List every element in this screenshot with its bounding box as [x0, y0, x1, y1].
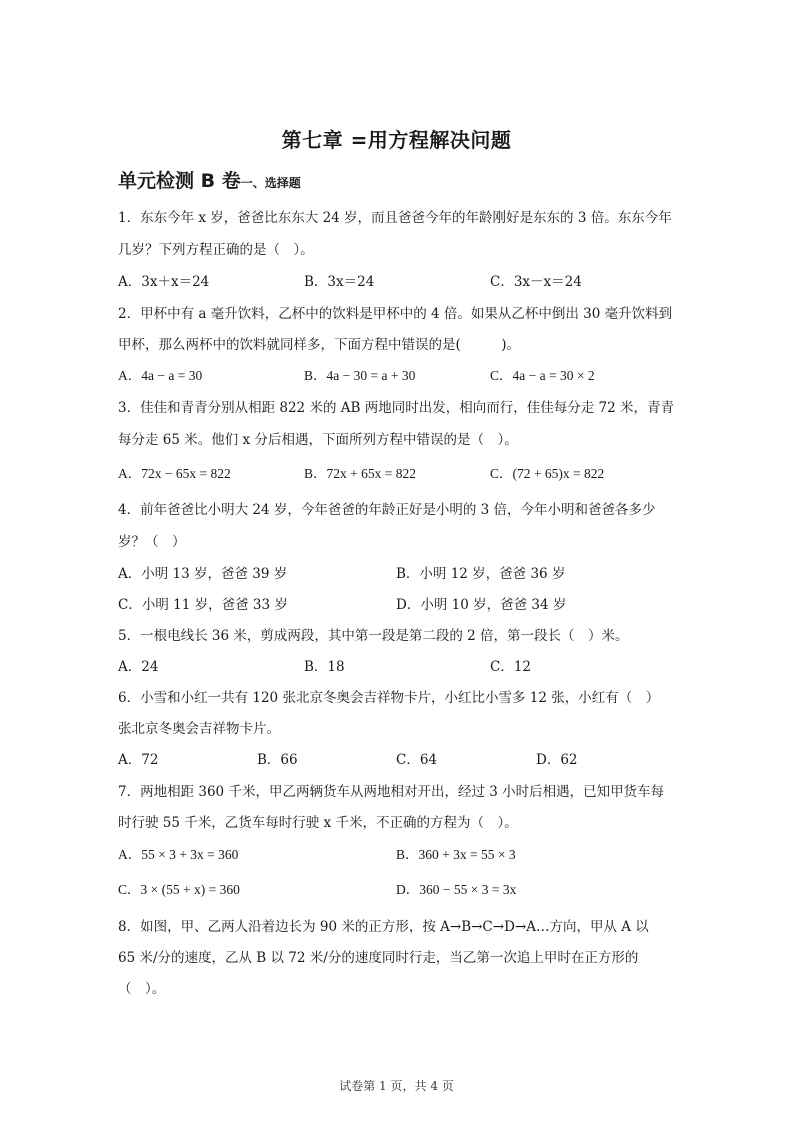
question-4-option-a: A．小明 13 岁，爸爸 39 岁: [118, 562, 287, 582]
question-3-line-2: 每分走 65 米。他们 x 分后相遇，下面所列方程中错误的是（ ）。: [118, 428, 518, 448]
question-1-option-b: B．3x＝24: [304, 270, 374, 290]
question-2-option-b: B．4a − 30 = a + 30: [304, 364, 415, 384]
question-6-option-c: C．64: [396, 748, 437, 768]
question-4-line-2: 岁？（ ）: [118, 530, 186, 550]
question-4-option-d: D．小明 10 岁，爸爸 34 岁: [396, 593, 566, 613]
page-footer: 试卷第 1 页，共 4 页: [0, 1077, 793, 1094]
question-5-option-a: A．24: [118, 655, 158, 675]
question-5-option-c: C．12: [490, 655, 531, 675]
question-7-option-c: C．3 × (55 + x) = 360: [118, 878, 240, 898]
question-6-option-b: B．66: [257, 748, 298, 768]
question-2-line-2: 甲杯，那么两杯中的饮料就同样多，下面方程中错误的是( )。: [118, 333, 520, 353]
question-4-option-c: C．小明 11 岁，爸爸 33 岁: [118, 593, 288, 613]
question-3-option-c: C．(72 + 65)x = 822: [490, 462, 604, 482]
question-7-line-1: 7．两地相距 360 千米，甲乙两辆货车从两地相对开出，经过 3 小时后相遇，已…: [118, 780, 664, 800]
question-7-option-b: B．360 + 3x = 55 × 3: [396, 843, 516, 863]
question-1-line-1: 1．东东今年 x 岁，爸爸比东东大 24 岁，而且爸爸今年的年龄刚好是东东的 3…: [118, 206, 672, 226]
question-2-option-c: C．4a − a = 30 × 2: [490, 364, 595, 384]
page-title: 第七章 =用方程解决问题: [0, 124, 793, 153]
question-4-option-b: B．小明 12 岁，爸爸 36 岁: [396, 562, 565, 582]
question-3-option-b: B．72x + 65x = 822: [304, 462, 416, 482]
question-2-line-1: 2．甲杯中有 a 毫升饮料，乙杯中的饮料是甲杯中的 4 倍。如果从乙杯中倒出 3…: [118, 302, 672, 322]
section-name: 一、选择题: [241, 176, 301, 190]
question-1-line-2: 几岁？下列方程正确的是（ ）。: [118, 238, 314, 258]
question-7-option-d: D．360 − 55 × 3 = 3x: [396, 878, 516, 898]
question-2-option-a: A．4a − a = 30: [118, 364, 202, 384]
question-5-line-1: 5．一根电线长 36 米，剪成两段，其中第一段是第二段的 2 倍，第一段长（ ）…: [118, 624, 629, 644]
question-1-option-a: A．3x＋x＝24: [118, 270, 209, 290]
question-6-line-1: 6．小雪和小红一共有 120 张北京冬奥会吉祥物卡片，小红比小雪多 12 张，小…: [118, 686, 659, 706]
question-6-option-d: D．62: [536, 748, 578, 768]
question-3-line-1: 3．佳佳和青青分别从相距 822 米的 AB 两地同时出发，相向而行，佳佳每分走…: [118, 396, 674, 416]
question-7-line-2: 时行驶 55 千米，乙货车每时行驶 x 千米，不正确的方程为（ ）。: [118, 811, 518, 831]
question-3-option-a: A．72x − 65x = 822: [118, 462, 231, 482]
question-8-line-1: 8．如图，甲、乙两人沿着边长为 90 米的正方形，按 A→B→C→D→A…方向，…: [118, 915, 649, 935]
question-8-line-3: （ ）。: [118, 977, 165, 997]
question-8-line-2: 65 米/分的速度，乙从 B 以 72 米/分的速度同时行走，当乙第一次追上甲时…: [118, 946, 638, 966]
question-6-option-a: A．72: [118, 748, 158, 768]
exam-name: 单元检测 B 卷: [118, 170, 241, 192]
section-heading: 单元检测 B 卷一、选择题: [118, 166, 301, 193]
question-1-option-c: C．3x－x＝24: [490, 270, 582, 290]
question-6-line-2: 张北京冬奥会吉祥物卡片。: [118, 717, 280, 737]
question-5-option-b: B．18: [304, 655, 345, 675]
question-4-line-1: 4．前年爸爸比小明大 24 岁，今年爸爸的年龄正好是小明的 3 倍，今年小明和爸…: [118, 498, 656, 518]
question-7-option-a: A．55 × 3 + 3x = 360: [118, 843, 238, 863]
